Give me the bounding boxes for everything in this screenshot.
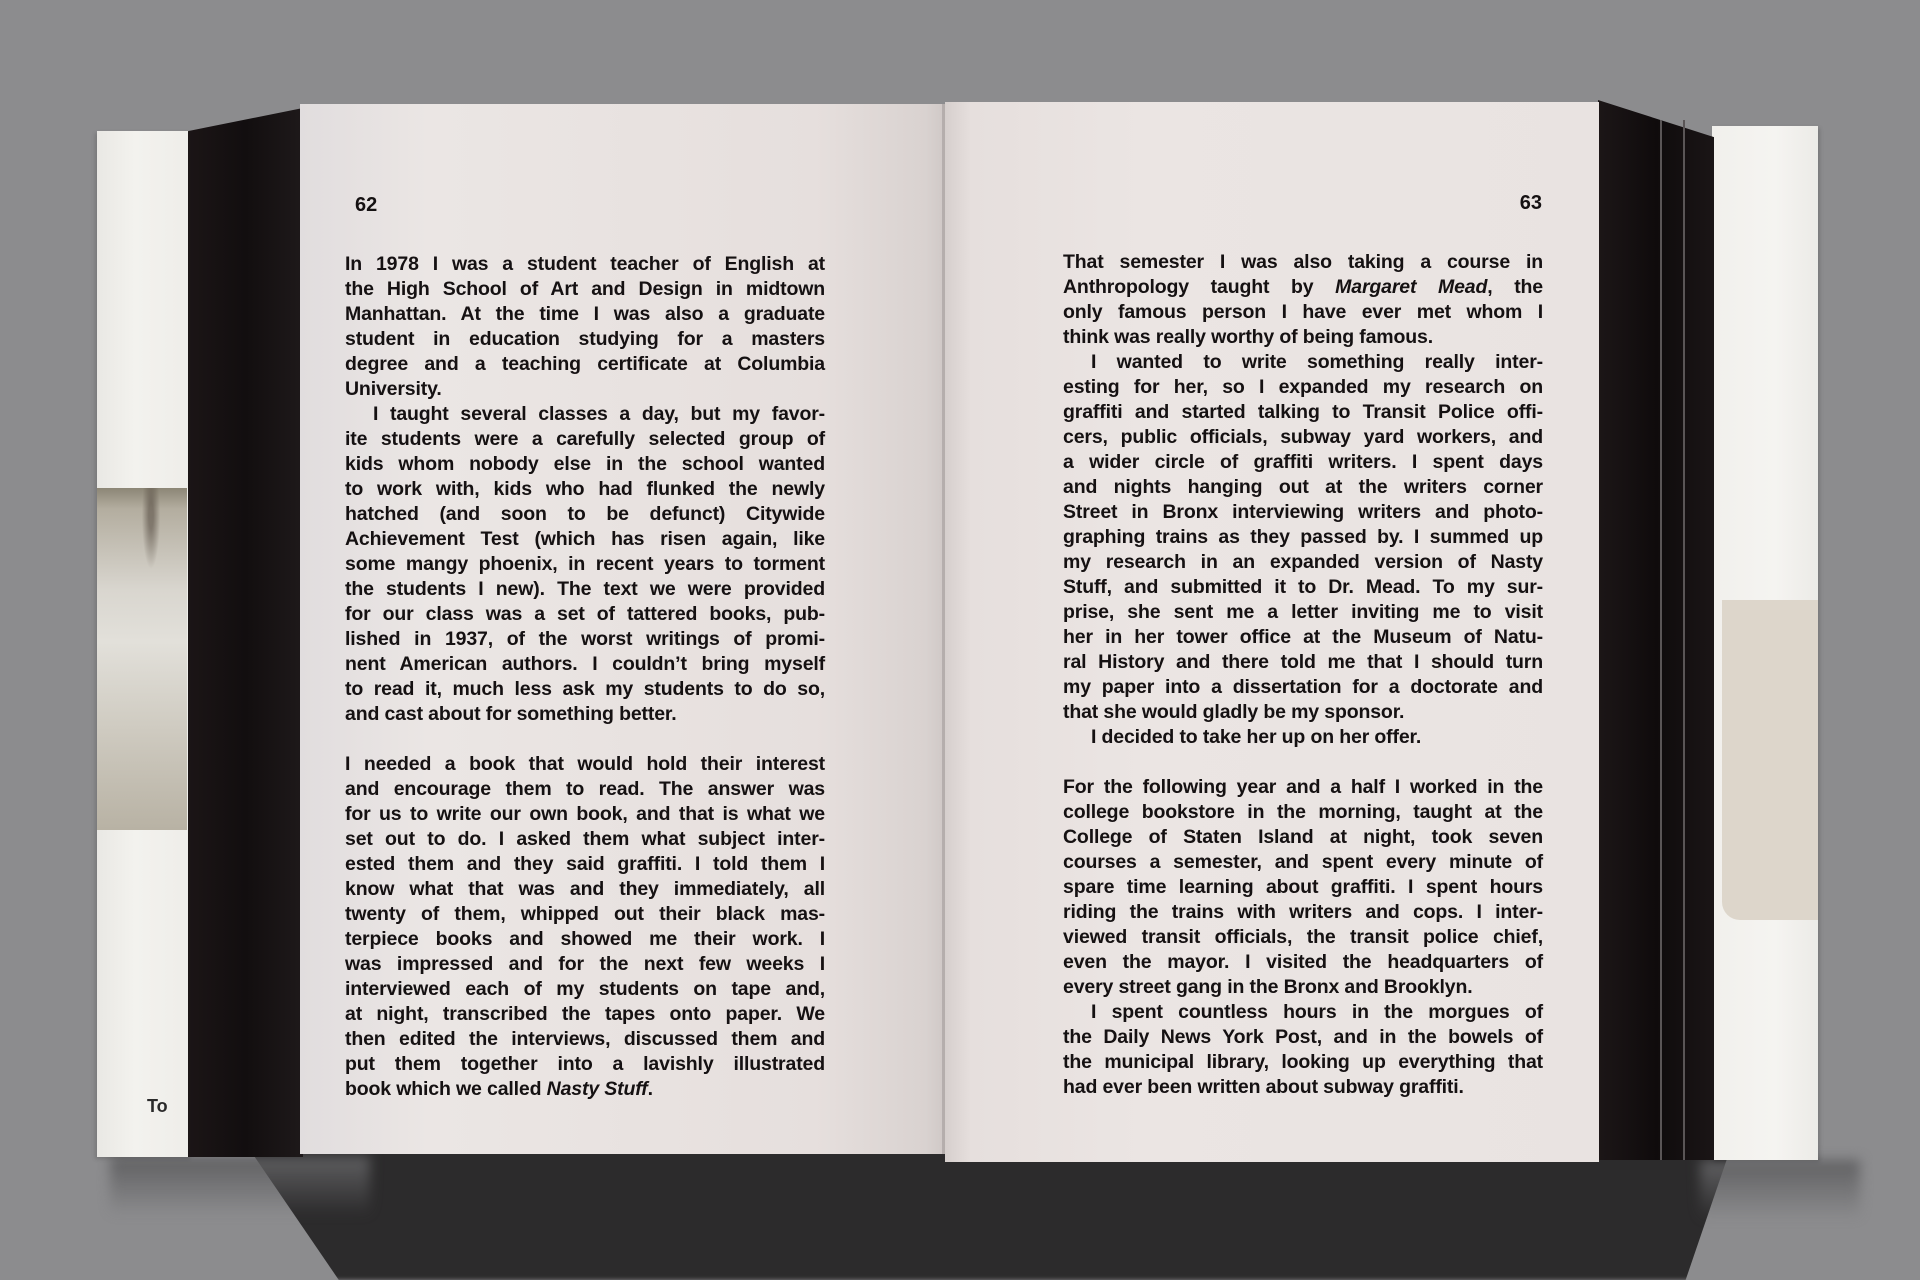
text-line: only famous person I have ever met whom … <box>1063 300 1543 325</box>
cover-shadow-left <box>110 1156 370 1216</box>
text-line: Manhattan. At the time I was also a grad… <box>345 302 825 327</box>
text-line: for us to write our own book, and that i… <box>345 802 825 827</box>
text-line: I decided to take her up on her offer. <box>1063 725 1543 750</box>
book-gutter <box>942 104 945 1154</box>
text-line: had ever been written about subway graff… <box>1063 1075 1543 1100</box>
right-page-text: That semester I was also taking a course… <box>1063 250 1543 1100</box>
text-line: Stuff, and submitted it to Dr. Mead. To … <box>1063 575 1543 600</box>
text-line: Achievement Test (which has risen again,… <box>345 527 825 552</box>
text-line: Anthropology taught by Margaret Mead, th… <box>1063 275 1543 300</box>
cover-beige-patch <box>1722 600 1818 920</box>
text-line: College of Staten Island at night, took … <box>1063 825 1543 850</box>
text-line: spare time learning about graffiti. I sp… <box>1063 875 1543 900</box>
text-line: I wanted to write something really inter… <box>1063 350 1543 375</box>
text-line: some mangy phoenix, in recent years to t… <box>345 552 825 577</box>
paragraph-gap <box>345 727 825 752</box>
text-line: a wider circle of graffiti writers. I sp… <box>1063 450 1543 475</box>
text-line: Street in Bronx interviewing writers and… <box>1063 500 1543 525</box>
text-line: and encourage them to read. The answer w… <box>345 777 825 802</box>
text-line: cers, public officials, subway yard work… <box>1063 425 1543 450</box>
text-line: to read it, much less ask my students to… <box>345 677 825 702</box>
text-line: I needed a book that would hold their in… <box>345 752 825 777</box>
page-number-right: 63 <box>1520 192 1542 215</box>
page-number-left: 62 <box>355 194 377 217</box>
text-line: and cast about for something better. <box>345 702 825 727</box>
text-line: lished in 1937, of the worst writings of… <box>345 627 825 652</box>
left-page-text: In 1978 I was a student teacher of Engli… <box>345 252 825 1102</box>
text-line: I taught several classes a day, but my f… <box>345 402 825 427</box>
text-line: the Daily News York Post, and in the bow… <box>1063 1025 1543 1050</box>
text-line: viewed transit officials, the transit po… <box>1063 925 1543 950</box>
text-line: degree and a teaching certificate at Col… <box>345 352 825 377</box>
text-line: esting for her, so I expanded my researc… <box>1063 375 1543 400</box>
text-line: ested them and they said graffiti. I tol… <box>345 852 825 877</box>
page-block-line <box>1683 120 1685 1160</box>
text-line: at night, transcribed the tapes onto pap… <box>345 1002 825 1027</box>
text-line: set out to do. I asked them what subject… <box>345 827 825 852</box>
text-line: every street gang in the Bronx and Brook… <box>1063 975 1543 1000</box>
text-line: courses a semester, and spent every minu… <box>1063 850 1543 875</box>
text-line: In 1978 I was a student teacher of Engli… <box>345 252 825 277</box>
text-line: college bookstore in the morning, taught… <box>1063 800 1543 825</box>
paragraph-gap <box>1063 750 1543 775</box>
cover-photo-strip <box>97 488 187 830</box>
text-line: for our class was a set of tattered book… <box>345 602 825 627</box>
text-line: even the mayor. I visited the headquarte… <box>1063 950 1543 975</box>
text-line: put them together into a lavishly illust… <box>345 1052 825 1077</box>
text-line: then edited the interviews, discussed th… <box>345 1027 825 1052</box>
text-line: ite students were a carefully selected g… <box>345 427 825 452</box>
text-line: terpiece books and showed me their work.… <box>345 927 825 952</box>
right-page: 63 That semester I was also taking a cou… <box>945 102 1599 1162</box>
text-line: was impressed and for the next few weeks… <box>345 952 825 977</box>
text-line: University. <box>345 377 825 402</box>
left-page: 62 In 1978 I was a student teacher of En… <box>300 104 945 1154</box>
text-line: know what that was and they immediately,… <box>345 877 825 902</box>
text-line: twenty of them, whipped out their black … <box>345 902 825 927</box>
text-line: think was really worthy of being famous. <box>1063 325 1543 350</box>
text-line: book which we called Nasty Stuff. <box>345 1077 825 1102</box>
text-line: nent American authors. I couldn’t bring … <box>345 652 825 677</box>
text-line: For the following year and a half I work… <box>1063 775 1543 800</box>
text-line: that she would gladly be my sponsor. <box>1063 700 1543 725</box>
text-line: the High School of Art and Design in mid… <box>345 277 825 302</box>
text-line: her in her tower office at the Museum of… <box>1063 625 1543 650</box>
text-line: student in education studying for a mast… <box>345 327 825 352</box>
book-shadow <box>250 1150 1730 1280</box>
text-line: graphing trains as they passed by. I sum… <box>1063 525 1543 550</box>
page-block-left-edge <box>188 108 303 1157</box>
page-block-right-edge <box>1598 100 1714 1160</box>
text-line: graffiti and started talking to Transit … <box>1063 400 1543 425</box>
text-line: interviewed each of my students on tape … <box>345 977 825 1002</box>
text-line: to work with, kids who had flunked the n… <box>345 477 825 502</box>
text-line: my research in an expanded version of Na… <box>1063 550 1543 575</box>
text-line: riding the trains with writers and cops.… <box>1063 900 1543 925</box>
text-line: prise, she sent me a letter inviting me … <box>1063 600 1543 625</box>
cover-shadow-right <box>1700 1160 1860 1220</box>
page-block-line <box>1660 120 1662 1160</box>
text-line: I spent countless hours in the morgues o… <box>1063 1000 1543 1025</box>
text-line: the municipal library, looking up everyt… <box>1063 1050 1543 1075</box>
text-line: That semester I was also taking a course… <box>1063 250 1543 275</box>
text-line: ral History and there told me that I sho… <box>1063 650 1543 675</box>
text-line: the students I new). The text we were pr… <box>345 577 825 602</box>
cover-fragment-text: To <box>147 1096 168 1117</box>
text-line: and nights hanging out at the writers co… <box>1063 475 1543 500</box>
text-line: kids whom nobody else in the school want… <box>345 452 825 477</box>
text-line: hatched (and soon to be defunct) Citywid… <box>345 502 825 527</box>
text-line: my paper into a dissertation for a docto… <box>1063 675 1543 700</box>
